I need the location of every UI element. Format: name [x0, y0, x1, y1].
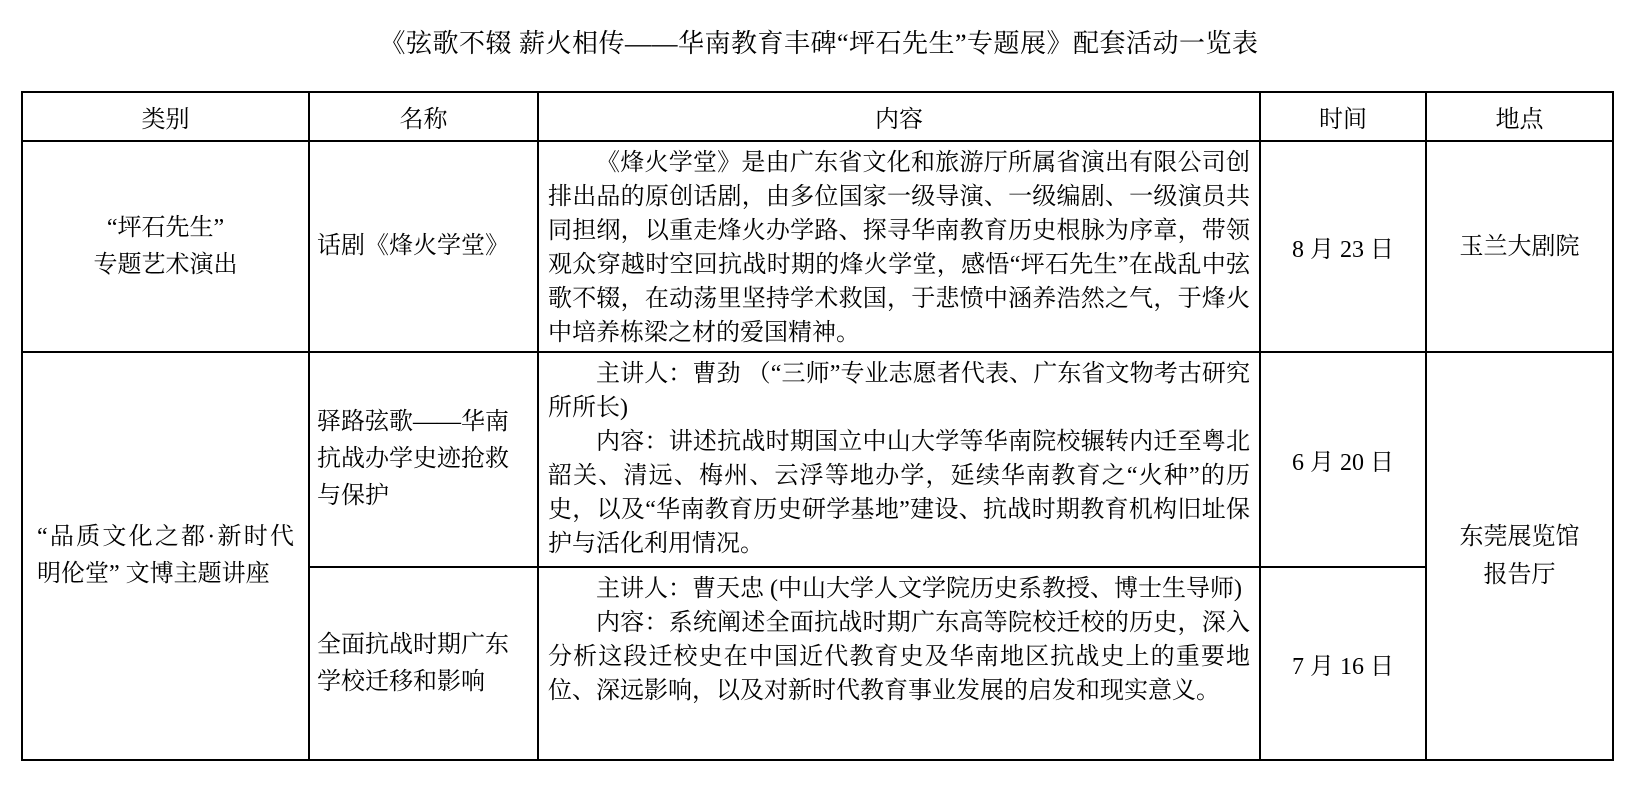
time-cell-lecture-1: 6 月 20 日 — [1260, 352, 1426, 567]
table-row-lecture-1: “品质文化之都·新时代明伦堂” 文博主题讲座 驿路弦歌——华南抗战办学史迹抢救与… — [22, 352, 1613, 567]
header-location: 地点 — [1426, 92, 1613, 141]
name-cell-lecture-1: 驿路弦歌——华南抗战办学史迹抢救与保护 — [309, 352, 538, 567]
time-cell-lecture-2: 7 月 16 日 — [1260, 567, 1426, 760]
activity-table: 类别 名称 内容 时间 地点 “坪石先生” 专题艺术演出 话剧《烽火学堂》 《烽… — [21, 91, 1614, 761]
time-cell-drama: 8 月 23 日 — [1260, 141, 1426, 352]
name-cell-lecture-2: 全面抗战时期广东学校迁移和影响 — [309, 567, 538, 760]
category-line: “坪石先生” — [24, 210, 307, 247]
content-cell-drama: 《烽火学堂》是由广东省文化和旅游厅所属省演出有限公司创排出品的原创话剧，由多位国… — [538, 141, 1260, 352]
content-paragraph-summary: 内容：系统阐述全面抗战时期广东高等院校迁校的历史，深入分析这段迁校史在中国近代教… — [548, 606, 1250, 708]
header-category: 类别 — [22, 92, 309, 141]
category-cell-art-performance: “坪石先生” 专题艺术演出 — [22, 141, 309, 352]
content-paragraph-speaker: 主讲人：曹劲 （“三师”专业志愿者代表、广东省文物考古研究所所长) — [548, 357, 1250, 425]
content-paragraph-summary: 内容：讲述抗战时期国立中山大学等华南院校辗转内迁至粤北韶关、清远、梅州、云浮等地… — [548, 425, 1250, 561]
location-line: 报告厅 — [1428, 556, 1611, 594]
content-paragraph: 《烽火学堂》是由广东省文化和旅游厅所属省演出有限公司创排出品的原创话剧，由多位国… — [548, 146, 1250, 350]
document-title: 《弦歌不辍 薪火相传——华南教育丰碑“坪石先生”专题展》配套活动一览表 — [0, 29, 1638, 59]
content-cell-lecture-1: 主讲人：曹劲 （“三师”专业志愿者代表、广东省文物考古研究所所长) 内容：讲述抗… — [538, 352, 1260, 567]
content-paragraph-speaker: 主讲人：曹天忠 (中山大学人文学院历史系教授、博士生导师) — [548, 572, 1250, 606]
location-line: 东莞展览馆 — [1428, 518, 1611, 556]
header-time: 时间 — [1260, 92, 1426, 141]
table-header-row: 类别 名称 内容 时间 地点 — [22, 92, 1613, 141]
table-row-drama: “坪石先生” 专题艺术演出 话剧《烽火学堂》 《烽火学堂》是由广东省文化和旅游厅… — [22, 141, 1613, 352]
header-name: 名称 — [309, 92, 538, 141]
location-cell-exhibition-hall: 东莞展览馆 报告厅 — [1426, 352, 1613, 760]
content-cell-lecture-2: 主讲人：曹天忠 (中山大学人文学院历史系教授、博士生导师) 内容：系统阐述全面抗… — [538, 567, 1260, 760]
category-cell-lecture-series: “品质文化之都·新时代明伦堂” 文博主题讲座 — [22, 352, 309, 760]
name-cell-drama: 话剧《烽火学堂》 — [309, 141, 538, 352]
header-content: 内容 — [538, 92, 1260, 141]
location-cell-theatre: 玉兰大剧院 — [1426, 141, 1613, 352]
category-line: 专题艺术演出 — [24, 247, 307, 284]
